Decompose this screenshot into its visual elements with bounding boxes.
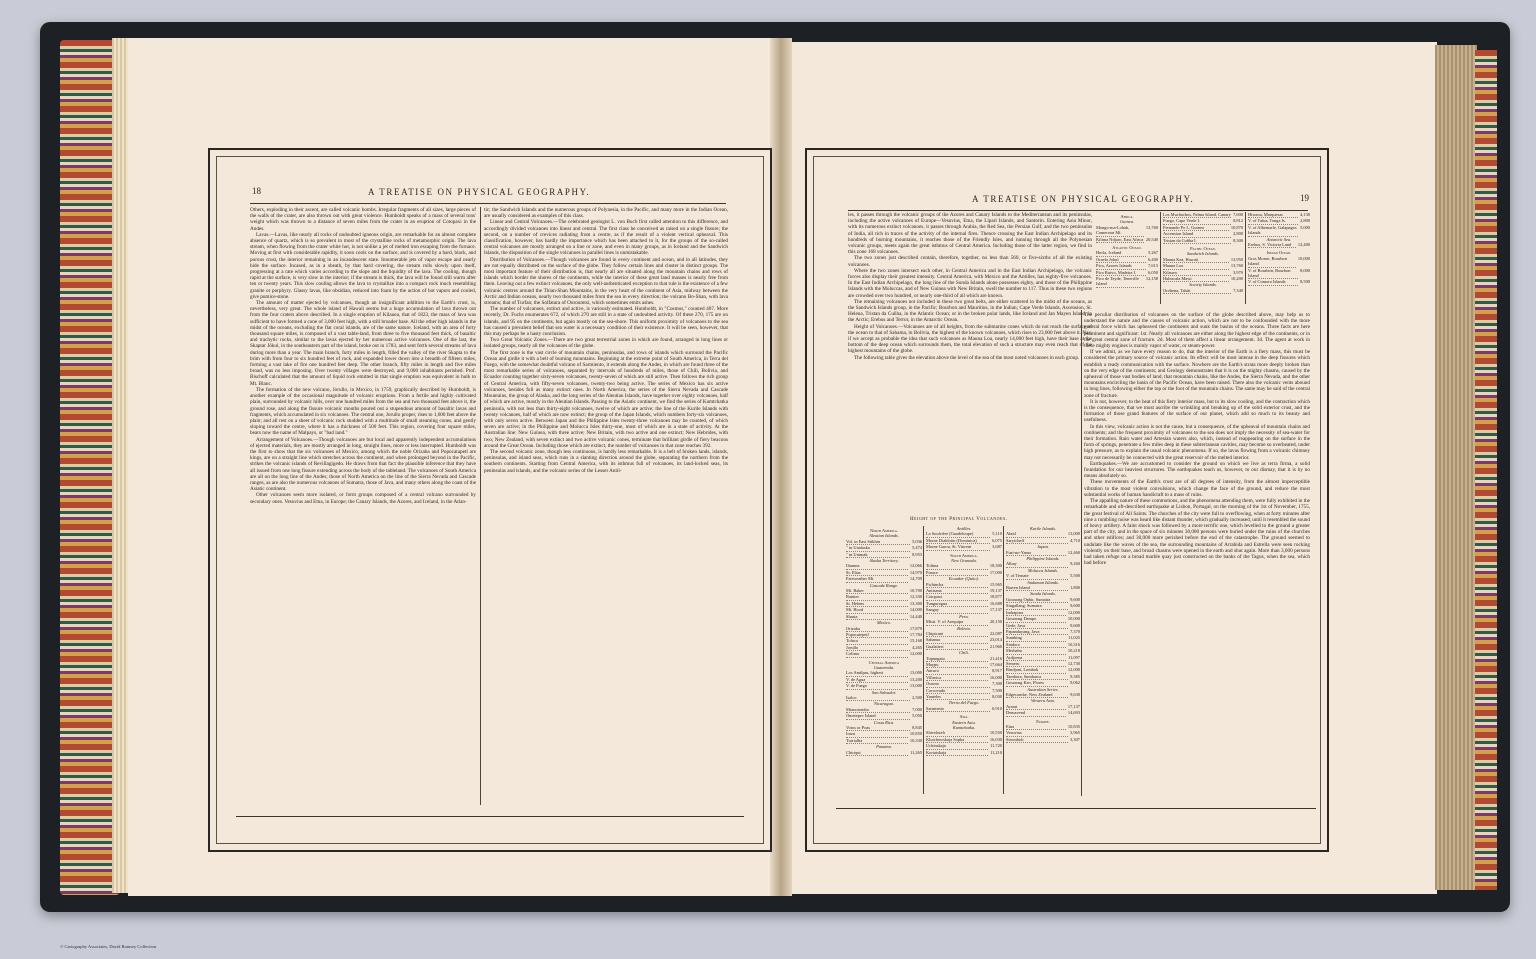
page-number-left: 18 (252, 186, 261, 196)
paragraph: The following table gives the elevation … (848, 355, 1092, 361)
table-top-col-3: Hiwaoa, Marquesas4,130V. of Tafua, Tonga… (1248, 212, 1310, 312)
table-row: Fairweather Mt.14,709 (846, 576, 922, 582)
table-row: Gros Morne, Bourbon Island10,000 (1248, 256, 1310, 268)
column-divider (480, 207, 481, 805)
paragraph: The formation of the new volcano, Jorull… (250, 387, 476, 437)
volcano-table-title: Height of the Principal Volcanoes. (910, 516, 1007, 522)
paragraph: If we admit, as we have every reason to … (1084, 349, 1310, 399)
paragraph: Lavas.—Lavas, like nearly all rocks of u… (250, 232, 476, 300)
paragraph: These movements of the Earth's crust are… (1084, 479, 1310, 498)
table-row: Orohena, Tahiti7,340 (1163, 288, 1243, 294)
paragraph: In this view, volcanic action is not the… (1084, 424, 1310, 461)
table-row: Tristan da Cuñha I.8,300 (1163, 238, 1243, 244)
table-bottom-col-1: North America.Aleutian Islands.Vol. in E… (846, 526, 922, 796)
table-divider (1003, 526, 1004, 794)
paragraph: The second volcanic zone, though less co… (484, 449, 728, 474)
paragraph: The peculiar distribution of volcanoes o… (1084, 312, 1310, 349)
running-head-left: A TREATISE ON PHYSICAL GEOGRAPHY. (368, 187, 590, 197)
paragraph: Two Great Volcanic Zones.—There are two … (484, 337, 728, 349)
page-number-right: 19 (1300, 193, 1309, 203)
credit-line: © Cartography Associates, David Rumsey C… (60, 944, 156, 949)
paragraph: It is not, however, to the heat of this … (1084, 399, 1310, 424)
table-bottom-col-3: Kurile Islands.Alaid13,000Sarytcheff4,71… (1006, 526, 1080, 796)
paragraph: Earthquakes.—We are accustomed to consid… (1084, 461, 1310, 480)
table-row: Colima12,000 (846, 651, 922, 657)
footer-rule-right (836, 808, 1316, 809)
table-row: V. of Albemarle, Galapagos Islands5,000 (1248, 225, 1310, 237)
header-rule-left (250, 203, 726, 204)
paragraph: Height of Volcanoes.—Volcanoes are of al… (848, 324, 1092, 355)
table-divider (923, 526, 924, 794)
table-divider (1160, 212, 1161, 304)
table-row: Morne Garou, St. Vincent3,687 (926, 544, 1002, 550)
table-row: Stromboli3,307 (1006, 737, 1080, 743)
table-row: Kilima Ndjaro, East Africa20,540 (1096, 237, 1158, 243)
table-row: V. de Fuego13,000 (846, 683, 922, 689)
book-gutter (770, 38, 792, 896)
right-page-column-2: The peculiar distribution of volcanoes o… (1084, 312, 1310, 798)
paragraph: Where the two zones intersect each other… (848, 268, 1092, 299)
table-row: Misti. V. of Arequipa20,150 (926, 619, 1002, 625)
header-rule-right (848, 210, 1308, 211)
paragraph: The remaining volcanoes not included in … (848, 299, 1092, 324)
paragraph: Linear and Central Volcanoes.—The celebr… (484, 219, 728, 256)
paragraph: The two zones just described contain, th… (848, 255, 1092, 267)
column-divider (1081, 310, 1082, 796)
running-head-right: A TREATISE ON PHYSICAL GEOGRAPHY. (972, 194, 1194, 204)
table-row: Pico de Teyde, Teneriffe Island12,158 (1096, 276, 1158, 288)
paragraph: The appalling nature of these commotions… (1084, 498, 1310, 566)
paragraph: The amount of matter ejected by volcanoe… (250, 300, 476, 387)
table-divider (1245, 212, 1246, 304)
table-row: V. of Bourbon, Bourbon Island8,000 (1248, 268, 1310, 280)
paragraph: The number of volcanoes, extinct and act… (484, 306, 728, 337)
paragraph: tic; the Sandwich Islands and the numero… (484, 207, 728, 219)
table-row: Demavend14,693 (1006, 710, 1080, 716)
paragraph: Other volcanoes seem more isolated, or f… (250, 492, 476, 504)
table-row: Koriatskaja11,210 (926, 750, 1002, 756)
paragraph: Arrangement of Volcanoes.—Though volcano… (250, 437, 476, 493)
table-row: Sangay17,137 (926, 607, 1002, 613)
paragraph: Distribution of Volcanoes.—Though volcan… (484, 257, 728, 307)
table-row: Erebus, S. Victoria Land12,400 (1248, 242, 1310, 248)
paragraph: The first zone is the vast circle of mou… (484, 350, 728, 449)
table-top-col-2: Los Muchachos, Palma Island, Canary7,600… (1163, 212, 1243, 312)
left-page-column-1: Others, exploding in their ascent, are c… (250, 207, 476, 805)
table-row: V. of Comoro Islands8,500 (1248, 279, 1310, 285)
footer-rule-left (236, 816, 744, 817)
left-page-column-2: tic; the Sandwich Islands and the numero… (484, 207, 728, 805)
table-row: Chiriqui11,265 (846, 750, 922, 756)
paragraph: Others, exploding in their ascent, are c… (250, 207, 476, 232)
table-row: Mongo-ma-Lobah, Cameroon Mt.13,760 (1096, 225, 1158, 237)
page-edges-right (1435, 45, 1477, 890)
marbled-edge-right (1475, 50, 1497, 890)
table-top-col-1: Africa.Guinea.Mongo-ma-Lobah, Cameroon M… (1096, 212, 1158, 312)
marbled-edge-left (60, 40, 120, 895)
paragraph: les, it passes through the volcanic grou… (848, 212, 1092, 255)
table-row: Sarmiento6,910 (926, 706, 1002, 712)
table-bottom-col-2: Antilles.La Soufrière (Guadeloupe)5,110M… (926, 526, 1002, 796)
right-page-column-1: les, it passes through the volcanic grou… (848, 212, 1092, 512)
